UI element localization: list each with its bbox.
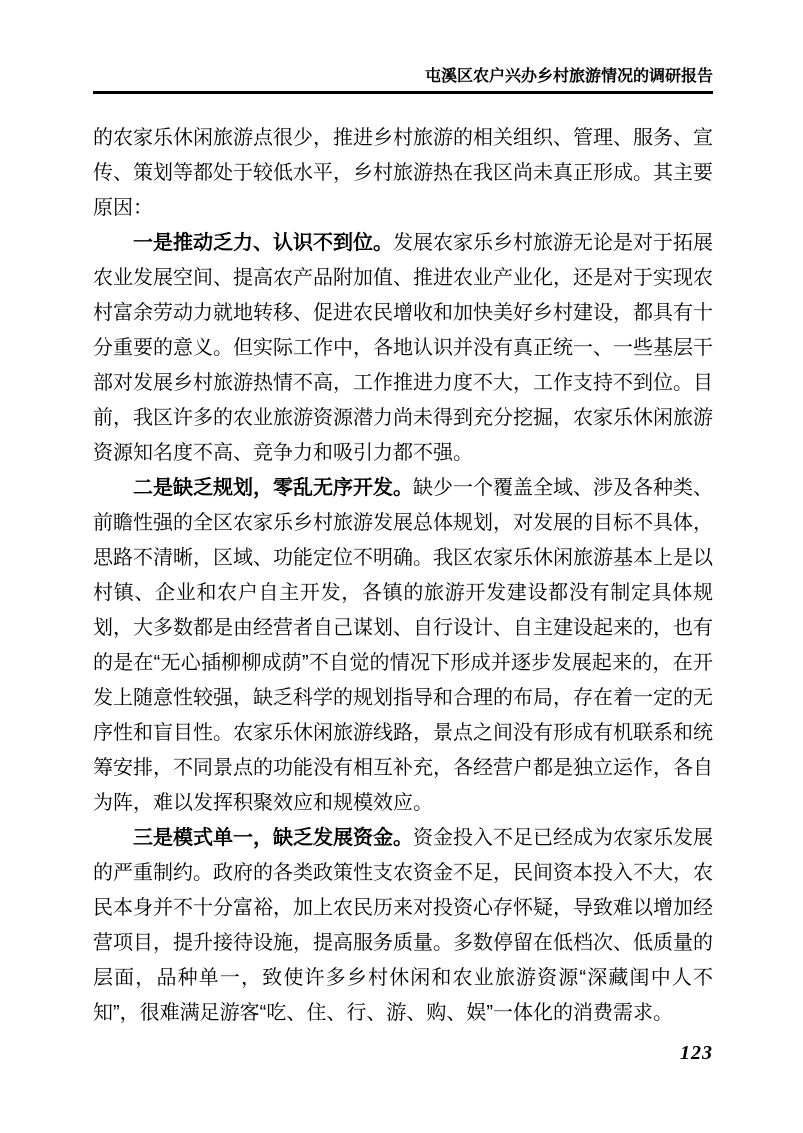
- paragraph-text: 资金投入不足已经成为农家乐发展的严重制约。政府的各类政策性支农资金不足，民间资本…: [93, 827, 713, 1024]
- document-body: 的农家乐休闲旅游点很少，推进乡村旅游的相关组织、管理、服务、宣传、策划等都处于较…: [93, 121, 713, 1031]
- paragraph-lead: 二是缺乏规划，零乱无序开发。: [133, 477, 413, 499]
- document-page: 屯溪区农户兴办乡村旅游情况的调研报告 的农家乐休闲旅游点很少，推进乡村旅游的相关…: [0, 0, 803, 1133]
- paragraph-lead: 一是推动乏力、认识不到位。: [133, 232, 393, 254]
- header-title: 屯溪区农户兴办乡村旅游情况的调研报告: [93, 68, 713, 86]
- header-rule: [93, 91, 713, 94]
- page-header: 屯溪区农户兴办乡村旅游情况的调研报告: [93, 68, 713, 94]
- paragraph-text: 发展农家乐乡村旅游无论是对于拓展农业发展空间、提高农产品附加值、推进农业产业化，…: [93, 232, 713, 464]
- paragraph: 的农家乐休闲旅游点很少，推进乡村旅游的相关组织、管理、服务、宣传、策划等都处于较…: [93, 121, 713, 226]
- page-number: 123: [680, 1042, 713, 1065]
- paragraph-text: 缺少一个覆盖全域、涉及各种类、前瞻性强的全区农家乐乡村旅游发展总体规划，对发展的…: [93, 477, 713, 814]
- paragraph: 三是模式单一，缺乏发展资金。资金投入不足已经成为农家乐发展的严重制约。政府的各类…: [93, 821, 713, 1031]
- paragraph: 一是推动乏力、认识不到位。发展农家乐乡村旅游无论是对于拓展农业发展空间、提高农产…: [93, 226, 713, 471]
- paragraph-text: 的农家乐休闲旅游点很少，推进乡村旅游的相关组织、管理、服务、宣传、策划等都处于较…: [93, 127, 713, 219]
- paragraph-lead: 三是模式单一，缺乏发展资金。: [133, 827, 413, 849]
- paragraph: 二是缺乏规划，零乱无序开发。缺少一个覆盖全域、涉及各种类、前瞻性强的全区农家乐乡…: [93, 471, 713, 821]
